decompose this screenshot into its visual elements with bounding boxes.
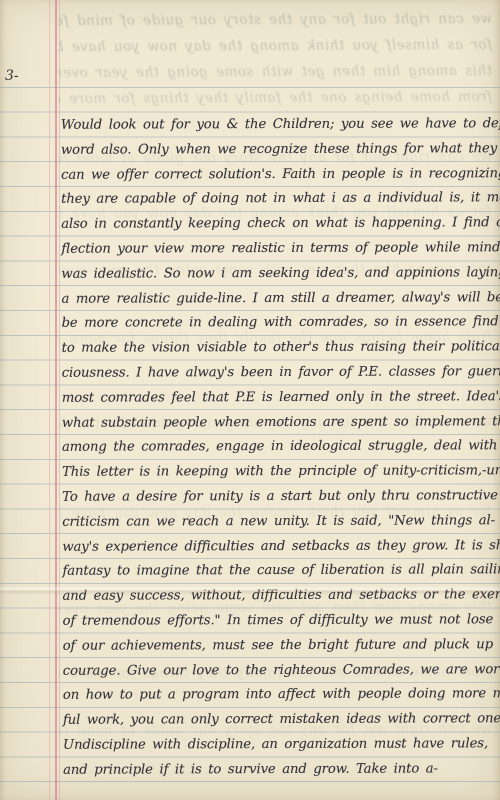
handwritten-line: Would look out for you & the Children; y… [61,111,487,137]
handwritten-line: among the comrades, engage in ideologica… [62,434,488,460]
handwritten-line: and principle if it is to survive and gr… [63,756,489,782]
handwritten-line: way's experience difficulties and setbac… [62,533,488,559]
handwritten-line: they are capable of doing not in what i … [61,186,487,212]
handwritten-line: fantasy to imagine that the cause of lib… [62,558,488,584]
scan-edge-left [0,0,6,800]
handwritten-line: This letter is in keeping with the princ… [62,458,488,484]
page-number: 3- [5,68,19,84]
handwritten-line: to make the vision visiable to other's t… [62,334,488,360]
handwritten-line: ful work, you can only correct mistaken … [63,706,489,732]
handwritten-line: of tremendous efforts." In times of diff… [63,607,489,633]
handwritten-line: word also. Only when we recognize these … [61,136,487,162]
ink-bleedthrough-line: we can right out for any the story our g… [58,11,492,29]
handwritten-line: Undiscipline with discipline, an organiz… [63,731,489,757]
handwritten-line: was idealistic. So now i am seeking idea… [61,260,487,286]
handwritten-line: be more concrete in dealing with comrade… [62,310,488,336]
handwritten-line: criticism can we reach a new unity. It i… [62,508,488,534]
ink-bleedthrough-line: from home beings one the family they thi… [58,89,492,107]
handwritten-line: can we offer correct solution's. Faith i… [61,161,487,187]
ink-bleedthrough-line: for as himself you think among the day n… [58,37,492,55]
handwritten-line: most comrades feel that P.E is learned o… [62,384,488,410]
handwritten-line: a more realistic guide-line. I am still … [61,285,487,311]
handwritten-line: and easy success, without, difficulties … [62,582,488,608]
ink-bleedthrough-line: this among him then get with some going … [58,63,492,81]
handwriting-body: Would look out for you & the Children; y… [61,111,489,782]
handwritten-line: on how to put a program into affect with… [63,682,489,708]
handwritten-line: courage. Give our love to the righteous … [63,657,489,683]
letter-page: we can right out for any the story our g… [0,0,500,800]
handwritten-line: what substain people when emotions are s… [62,409,488,435]
margin-line-outer [49,0,50,800]
handwritten-line: To have a desire for unity is a start bu… [62,483,488,509]
handwritten-line: ciousness. I have alway's been in favor … [62,359,488,385]
margin-line-inner-2 [59,0,60,800]
scan-edge-right [492,0,500,800]
handwritten-line: also in constantly keeping check on what… [61,210,487,236]
handwritten-line: flection your view more realistic in ter… [61,235,487,261]
margin-line-inner [55,0,57,800]
handwritten-line: of our achievements, must see the bright… [63,632,489,658]
